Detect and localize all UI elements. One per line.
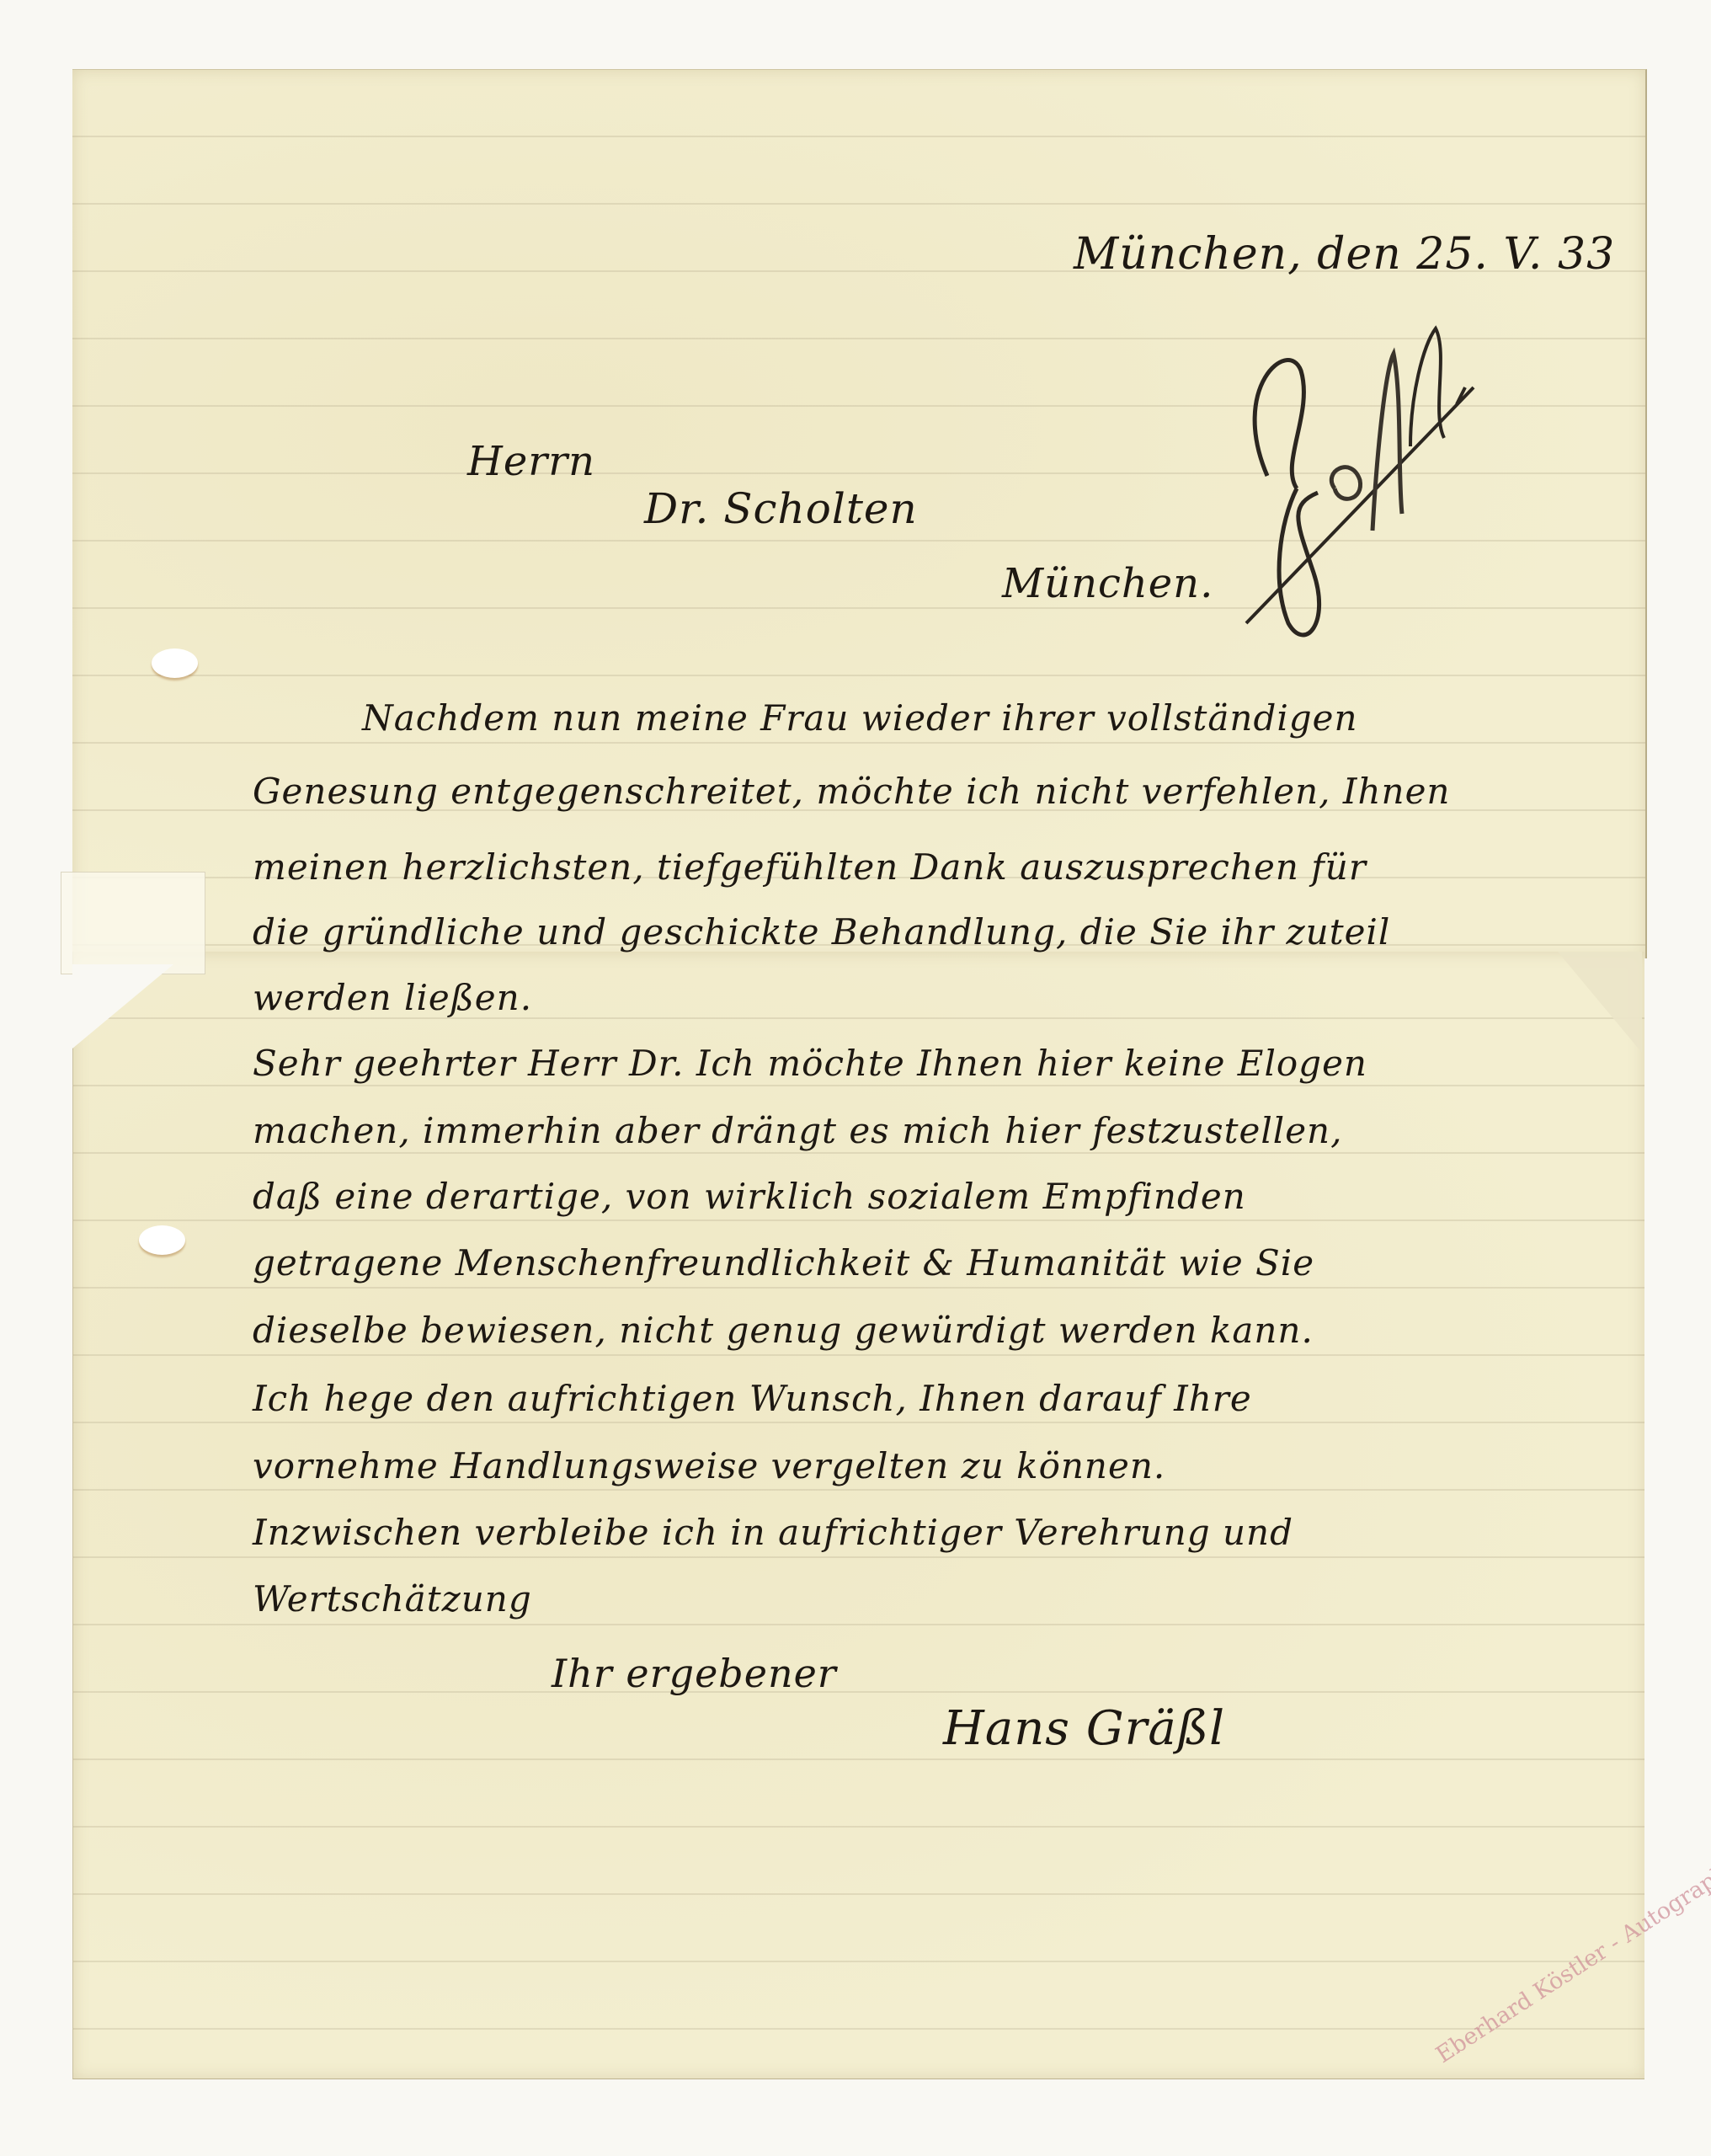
punch-hole-lower bbox=[139, 1225, 185, 1255]
repair-tape bbox=[61, 872, 205, 974]
recipient-city: München. bbox=[1002, 560, 1213, 607]
address-salutation: Herrn bbox=[467, 438, 595, 485]
punch-hole-upper bbox=[152, 648, 198, 678]
body-line: Wertschätzung bbox=[253, 1578, 532, 1620]
body-line: daß eine derartige, von wirklich soziale… bbox=[253, 1176, 1246, 1217]
body-line: Genesung entgegenschreitet, möchte ich n… bbox=[253, 771, 1450, 812]
body-line: getragene Menschenfreundlichkeit & Human… bbox=[253, 1242, 1314, 1283]
place-date: München, den 25. V. 33 bbox=[1074, 229, 1615, 280]
body-line: die gründliche und geschickte Behandlung… bbox=[253, 911, 1390, 953]
body-line: meinen herzlichsten, tiefgefühlten Dank … bbox=[253, 846, 1367, 888]
author-signature: Hans Gräßl bbox=[943, 1701, 1225, 1756]
body-line: machen, immerhin aber drängt es mich hie… bbox=[253, 1110, 1342, 1151]
body-line: Inzwischen verbleibe ich in aufrichtiger… bbox=[253, 1512, 1293, 1553]
body-line: dieselbe bewiesen, nicht genug gewürdigt… bbox=[253, 1310, 1314, 1351]
recipient-name: Dr. Scholten bbox=[644, 484, 918, 533]
body-line: Ich hege den aufrichtigen Wunsch, Ihnen … bbox=[253, 1378, 1252, 1419]
body-line: Sehr geehrter Herr Dr. Ich möchte Ihnen … bbox=[253, 1043, 1367, 1084]
torn-edge bbox=[72, 964, 173, 1049]
body-line: Nachdem nun meine Frau wieder ihrer voll… bbox=[362, 697, 1358, 739]
body-line: vornehme Handlungsweise vergelten zu kön… bbox=[253, 1445, 1165, 1486]
closing-phrase: Ihr ergebener bbox=[552, 1651, 837, 1696]
body-line: werden ließen. bbox=[253, 977, 532, 1018]
folded-corner bbox=[1558, 952, 1642, 1053]
annotation-signature-icon: Gäßl bbox=[1196, 320, 1499, 657]
